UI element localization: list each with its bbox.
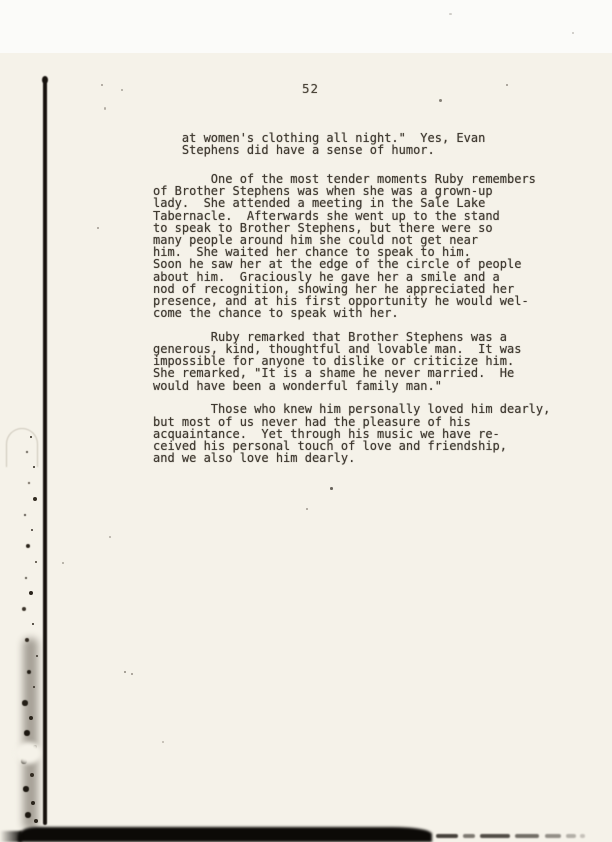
binding-crease-arc	[6, 428, 38, 467]
ink-speck	[124, 671, 126, 673]
paragraph: Those who knew him personally loved him …	[153, 403, 563, 464]
ink-speck	[62, 562, 64, 564]
binding-smudge	[23, 638, 38, 830]
bottom-edge-dash	[566, 834, 576, 838]
ink-speck	[330, 487, 333, 490]
ink-speck	[506, 84, 508, 86]
bottom-edge-shadow	[18, 827, 432, 842]
ink-speck	[306, 508, 308, 510]
bottom-edge-dash	[480, 834, 510, 838]
paragraph: Ruby remarked that Brother Stephens was …	[153, 331, 563, 392]
bottom-edge-dash	[463, 834, 475, 838]
page-number: 52	[302, 81, 319, 96]
bottom-edge-dash	[515, 834, 539, 838]
ink-speck	[97, 227, 99, 229]
body-text: at women's clothing all night." Yes, Eva…	[153, 132, 563, 476]
ink-speck	[449, 13, 452, 15]
binding-speckle-gap	[15, 742, 42, 764]
ink-speck	[572, 32, 574, 34]
bottom-edge-fade	[0, 831, 22, 842]
bottom-edge-dash	[436, 834, 458, 838]
ink-speck	[109, 536, 111, 538]
ink-speck	[131, 673, 133, 675]
scanned-document-page: 52 at women's clothing all night." Yes, …	[0, 0, 612, 842]
ink-speck	[101, 84, 103, 86]
bottom-edge-dash	[580, 834, 585, 838]
paragraph: One of the most tender moments Ruby reme…	[153, 173, 563, 319]
ink-speck	[439, 99, 442, 102]
binding-speckles	[30, 432, 32, 434]
binding-edge-line	[43, 78, 47, 825]
bottom-edge-dash	[545, 834, 561, 838]
ink-speck	[121, 89, 123, 91]
ink-speck	[104, 107, 106, 110]
paragraph: at women's clothing all night." Yes, Eva…	[153, 132, 563, 156]
ink-speck	[162, 741, 164, 743]
scanner-top-margin	[0, 0, 612, 53]
